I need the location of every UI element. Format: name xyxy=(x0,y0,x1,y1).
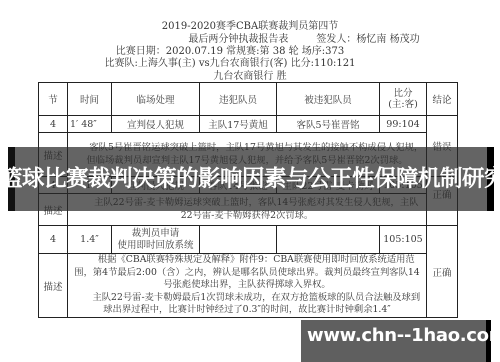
report-subtitle-row: 最后两分钟执裁报告表签发人：杨忆南 杨茂功 xyxy=(0,34,500,46)
col-header-action: 临场处理 xyxy=(112,83,200,116)
table-row: 4 1′ 48″ 宣判侵人犯规 主队17号黄旭 客队5号崔晋铭 99:104 错… xyxy=(39,116,458,133)
signer: 签发人：杨忆南 杨茂功 xyxy=(316,34,419,45)
cell-description-p1: 根据《CBA联赛特殊规定及解释》附件9：CBA联赛使用即时回放系统适用范围，第4… xyxy=(70,254,424,292)
cell-conclusion: 正确 xyxy=(427,226,458,318)
table-header-row: 节 时间 临场处理 违犯队员 被违犯队员 比分(主:客) 结论 xyxy=(39,83,458,116)
banner-title: 篮球比赛裁判决策的影响因素与公正性保障机制研究 xyxy=(0,159,500,199)
cell-action: 裁判员申请使用即时回放系统 xyxy=(112,226,200,254)
cell-score: 99:104 xyxy=(380,116,427,133)
table-desc-row: 描述 根据《CBA联赛特殊规定及解释》附件9：CBA联赛使用即时回放系统适用范围… xyxy=(39,254,458,318)
report-title: 2019-2020赛季CBA联赛裁判员第四节 xyxy=(0,21,500,33)
watermark-url[interactable]: www.chn--1hao.com xyxy=(307,321,487,351)
col-header-conclusion: 结论 xyxy=(427,83,458,116)
cell-time: 1′ 48″ xyxy=(68,116,112,133)
cell-period: 4 xyxy=(39,226,68,254)
col-header-offender: 违犯队员 xyxy=(200,83,277,116)
cell-period: 4 xyxy=(39,116,68,133)
cell-victim: 客队5号崔晋铭 xyxy=(277,116,380,133)
table-row: 4 1.4″ 裁判员申请使用即时回放系统 105:105 正确 xyxy=(39,226,458,254)
cell-desc-label: 描述 xyxy=(39,254,68,318)
report-subtitle: 最后两分钟执裁报告表 xyxy=(188,34,288,45)
cell-time: 1.4″ xyxy=(68,226,112,254)
cell-score: 105:105 xyxy=(380,226,427,254)
col-header-score: 比分(主:客) xyxy=(380,83,427,116)
match-info: 比赛日期：2020.07.19 常规赛:第 38 轮 场序:373 xyxy=(0,46,480,58)
cell-action: 宣判侵人犯规 xyxy=(112,116,200,133)
col-header-victim: 被违犯队员 xyxy=(277,83,380,116)
cell-victim xyxy=(277,226,380,254)
match-teams: 比赛队:上海久事(主) vs九台农商银行(客) 比分:110:121 xyxy=(0,58,480,70)
col-header-period: 节 xyxy=(39,83,68,116)
cell-description-p2: 主队22号雷-麦卡勒姆最后1次罚球未成功，在双方抢篮板球的队员合法触及球到球出界… xyxy=(70,292,424,317)
col-header-time: 时间 xyxy=(68,83,112,116)
cell-offender: 主队17号黄旭 xyxy=(200,116,277,133)
cell-offender xyxy=(200,226,277,254)
